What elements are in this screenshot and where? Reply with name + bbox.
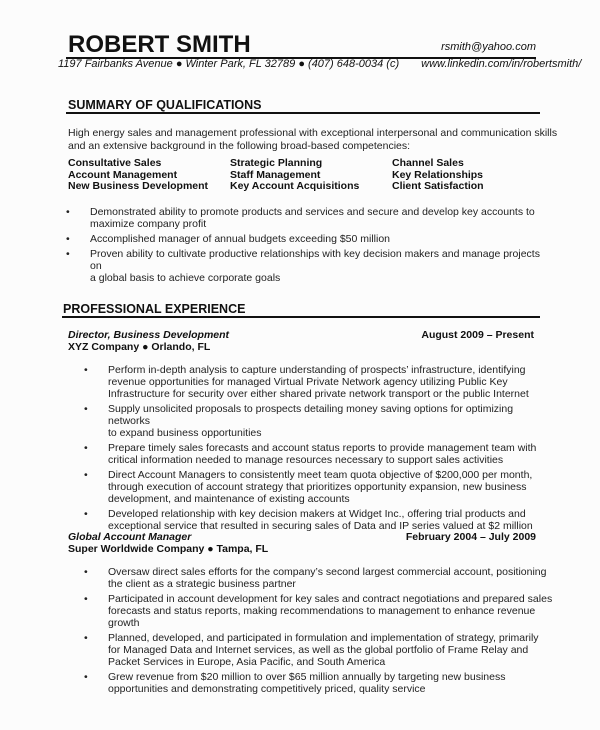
job-company: XYZ Company ● Orlando, FL [68,341,210,353]
job-title: Director, Business Development [68,329,229,341]
bullet-item: •Direct Account Managers to consistently… [84,469,554,505]
bullet-icon: • [84,671,88,683]
job-dates: February 2004 – July 2009 [406,531,536,543]
bullet-item: •Participated in account development for… [84,593,554,629]
job-bullets: •Perform in-depth analysis to capture un… [84,364,554,535]
competency: Consultative Sales [68,158,208,170]
bullet-icon: • [66,206,70,218]
bullet-item: •Grew revenue from $20 million to over $… [84,671,554,695]
bullet-item: •Developed relationship with key decisio… [84,508,554,532]
bullet-icon: • [66,233,70,245]
bullet-icon: • [84,364,88,376]
job-bullets: •Oversaw direct sales efforts for the co… [84,566,554,698]
bullet-icon: • [84,442,88,454]
competency-column: Strategic Planning Staff Management Key … [230,158,359,193]
summary-heading: SUMMARY OF QUALIFICATIONS [68,98,262,112]
bullet-icon: • [84,403,88,415]
address: 1197 Fairbanks Avenue ● Winter Park, FL … [58,58,399,70]
competency: New Business Development [68,181,208,193]
bullet-icon: • [84,593,88,605]
competency-column: Channel Sales Key Relationships Client S… [392,158,484,193]
bullet-icon: • [84,632,88,644]
job-title: Global Account Manager [68,531,191,543]
bullet-item: •Oversaw direct sales efforts for the co… [84,566,554,590]
job-company: Super Worldwide Company ● Tampa, FL [68,543,268,555]
competency: Client Satisfaction [392,181,484,193]
bullet-icon: • [84,508,88,520]
bullet-item: •Demonstrated ability to promote product… [66,206,546,230]
bullet-icon: • [84,566,88,578]
bullet-icon: • [66,248,70,260]
bullet-item: •Accomplished manager of annual budgets … [66,233,546,245]
bullet-item: •Perform in-depth analysis to capture un… [84,364,554,400]
linkedin-link[interactable]: www.linkedin.com/in/robertsmith/ [421,58,581,70]
bullet-icon: • [84,469,88,481]
experience-divider [62,316,540,318]
job-dates: August 2009 – Present [421,329,534,341]
contact-line: 1197 Fairbanks Avenue ● Winter Park, FL … [58,58,581,70]
summary-intro-line: High energy sales and management profess… [68,127,557,140]
bullet-item: •Prepare timely sales forecasts and acco… [84,442,554,466]
summary-divider [66,112,540,114]
summary-bullets: •Demonstrated ability to promote product… [66,206,546,287]
bullet-item: •Planned, developed, and participated in… [84,632,554,668]
experience-heading: PROFESSIONAL EXPERIENCE [63,302,245,316]
summary-intro: High energy sales and management profess… [68,127,557,152]
email-link[interactable]: rsmith@yahoo.com [441,41,536,53]
summary-intro-line: and an extensive background in the follo… [68,140,557,153]
candidate-name: ROBERT SMITH [68,31,251,59]
competency: Channel Sales [392,158,484,170]
competency: Key Account Acquisitions [230,181,359,193]
competency: Strategic Planning [230,158,359,170]
bullet-item: •Supply unsolicited proposals to prospec… [84,403,554,439]
bullet-item: •Proven ability to cultivate productive … [66,248,546,284]
competency-column: Consultative Sales Account Management Ne… [68,158,208,193]
